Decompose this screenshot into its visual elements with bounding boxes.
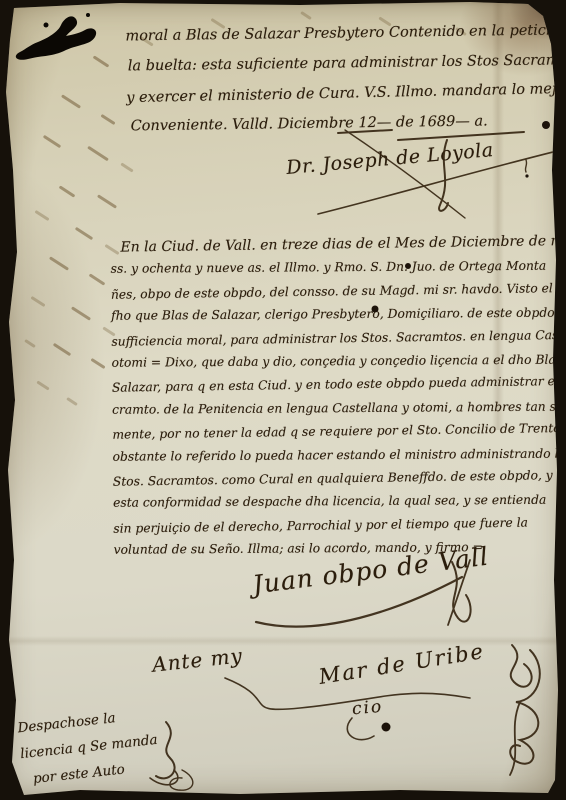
secretary-rubric [510,650,540,764]
marginal-note: Despachose la licencia q Se manda por es… [16,701,161,793]
secretary-rubric [510,702,520,775]
secretary-rubric [511,645,532,687]
ante-mi-signature: Ante my [151,643,244,676]
secretary-signature: Mar de Uribe [317,639,486,689]
secretary-signature-suffix: cio [351,697,384,720]
paper-sheet: moral a Blas de Salazar Presbytero Conte… [0,0,566,800]
ink-blot [16,13,96,60]
manuscript-scan: moral a Blas de Salazar Presbytero Conte… [0,0,566,800]
loyola-signature: Dr. Joseph de Loyola [285,139,494,179]
body-paragraph: En la Ciud. de Vall. en treze dias de el… [110,230,566,563]
header-paragraph: moral a Blas de Salazar Presbytero Conte… [125,15,566,142]
body-line: voluntad de su Seño. Illma; asi lo acord… [114,535,566,562]
note-rubric [170,770,193,790]
secretary-rubric [347,718,374,740]
stray-mark [525,160,526,172]
